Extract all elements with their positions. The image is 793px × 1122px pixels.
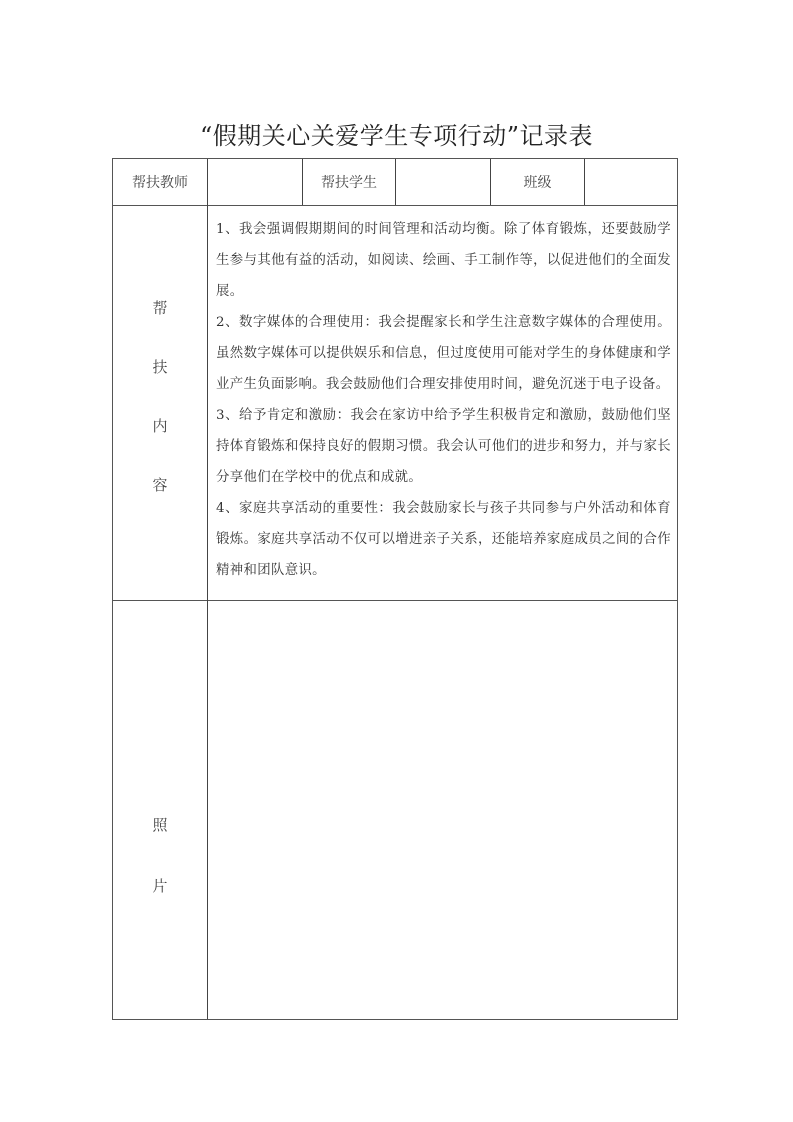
label-char: 内: [152, 415, 167, 436]
label-char: 片: [152, 875, 167, 896]
help-content-text[interactable]: 1、我会强调假期期间的时间管理和活动均衡。除了体育锻炼，还要鼓励学生参与其他有益…: [208, 206, 677, 600]
content-paragraph-2: 2、数字媒体的合理使用：我会提醒家长和学生注意数字媒体的合理使用。虽然数字媒体可…: [216, 307, 671, 400]
class-field[interactable]: [585, 159, 677, 205]
record-table: 帮扶教师 帮扶学生 班级 帮 扶 内 容 1、我会强调假期期间的时间管理和活动均…: [112, 158, 678, 1020]
content-paragraph-1: 1、我会强调假期期间的时间管理和活动均衡。除了体育锻炼，还要鼓励学生参与其他有益…: [216, 214, 671, 307]
page-title: “假期关心关爱学生专项行动”记录表: [0, 118, 793, 154]
content-paragraph-4: 4、家庭共享活动的重要性：我会鼓励家长与孩子共同参与户外活动和体育锻炼。家庭共享…: [216, 493, 671, 586]
photo-label: 照 片: [113, 601, 207, 1019]
photo-area[interactable]: [208, 601, 677, 1019]
teacher-field[interactable]: [208, 159, 302, 205]
content-paragraph-3: 3、给予肯定和激励：我会在家访中给予学生积极肯定和激励，鼓励他们坚持体育锻炼和保…: [216, 400, 671, 493]
student-label: 帮扶学生: [303, 159, 395, 205]
student-field[interactable]: [396, 159, 490, 205]
teacher-label: 帮扶教师: [113, 159, 207, 205]
label-char: 扶: [152, 356, 167, 377]
label-char: 容: [152, 474, 167, 495]
help-content-label: 帮 扶 内 容: [113, 206, 207, 600]
class-label: 班级: [491, 159, 584, 205]
label-char: 照: [152, 814, 167, 835]
label-char: 帮: [152, 297, 167, 318]
